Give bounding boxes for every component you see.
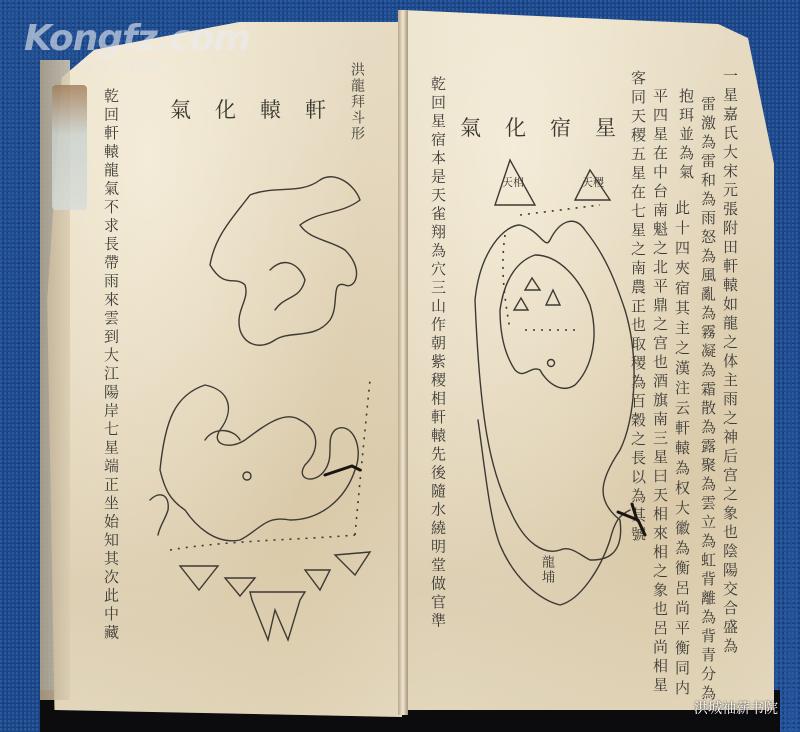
left-pocket-1 [180, 566, 218, 590]
left-pocket-4 [305, 570, 330, 590]
right-dotted-boundary [503, 205, 600, 330]
label-bottom: 龍埔 [540, 555, 553, 585]
kongfz-logo-watermark: Kongfz.com [24, 18, 250, 59]
left-pocket-3 [250, 592, 305, 640]
right-inner-outline [500, 255, 594, 388]
label-tianji: 天稷 [582, 176, 605, 189]
left-dotted-boundary [170, 380, 370, 550]
left-pocket-5 [335, 552, 370, 575]
right-mountain-outline [475, 221, 634, 560]
kongfz-subtitle-watermark: 孔夫子旧书网 [82, 56, 160, 75]
left-dragon-mountain-outline [210, 177, 360, 345]
left-lower-mountain-outline [160, 385, 358, 541]
feng-shui-diagrams: 天相 天稷 [0, 0, 800, 732]
label-tianxiang: 天相 [502, 175, 524, 189]
shop-name-watermark: 洪城袖薪书院 [694, 698, 778, 718]
paper-crack-right [618, 504, 645, 535]
right-lower-outline [478, 420, 630, 605]
